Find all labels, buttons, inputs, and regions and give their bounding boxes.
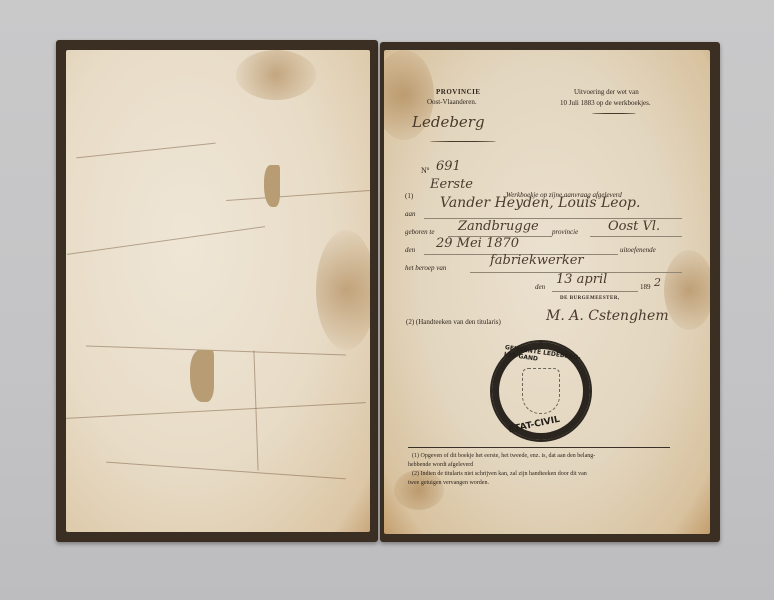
birthdate-handwritten: 29 Mei 1870 <box>436 236 519 251</box>
paper-crack <box>66 402 366 419</box>
paper-crack <box>76 143 215 159</box>
paper-crack <box>106 462 345 480</box>
holder-signature-label: (2) (Handteeken van den titularis) <box>406 318 501 326</box>
left-page <box>66 50 370 532</box>
born-label: geboren te <box>405 228 434 236</box>
paper-stain <box>664 250 710 330</box>
coat-of-arms-icon <box>522 368 560 414</box>
number-label: Nº <box>421 166 429 175</box>
municipality-handwritten: Ledeberg <box>412 113 485 131</box>
birthplace-handwritten: Zandbrugge <box>458 219 539 234</box>
ordinal-marker: (1) <box>405 192 413 200</box>
province-name: Oost-Vlaanderen. <box>427 98 477 106</box>
number-value: 691 <box>436 159 461 174</box>
profession-label: het beroep van <box>405 264 446 272</box>
province-field-label: provincie <box>552 228 578 236</box>
aan-label: aan <box>405 210 416 218</box>
footnote-1b: hebbende wordt afgeleverd <box>408 462 473 468</box>
issue-date-handwritten: 13 april <box>556 272 607 287</box>
paper-crack <box>86 345 346 355</box>
profession-handwritten: fabriekwerker <box>490 253 584 268</box>
line <box>552 291 638 292</box>
paper-crack <box>226 190 370 201</box>
issue-year-handwritten: 2 <box>654 276 661 289</box>
province-label: PROVINCIE <box>436 88 481 96</box>
footnote-2b: twee getuigen vervangen worden. <box>408 480 489 486</box>
footnote-divider <box>408 447 670 448</box>
law-line-1: Uitvoering der wet van <box>574 88 639 96</box>
line <box>590 236 682 237</box>
paper-crack <box>67 226 265 255</box>
paper-stain <box>236 50 316 100</box>
civil-registry-stamp: GEMEENTE LEDEBERG-LEZ-GAND ETAT-CIVIL <box>490 340 592 442</box>
practicing-label: uitoefenende <box>620 246 656 254</box>
footnote-1a: (1) Opgeven of dit boekje het eerste, he… <box>412 453 595 459</box>
law-line-2: 10 Juli 1883 op de werkboekjes. <box>560 99 651 107</box>
paper-crack <box>253 351 258 471</box>
flourish <box>430 141 496 142</box>
province-handwritten: Oost Vl. <box>608 219 660 234</box>
stamp-bottom-text: ETAT-CIVIL <box>508 415 561 436</box>
issue-year: 189 <box>640 283 651 291</box>
footnote-2a: (2) Indien de titularis niet schrijven k… <box>412 471 587 477</box>
paper-stain <box>316 230 370 350</box>
flourish <box>592 113 636 114</box>
den-label: den <box>405 246 415 254</box>
name-handwritten: Vander Heyden, Louis Leop. <box>440 195 640 211</box>
paper-tear <box>190 350 214 402</box>
ordinal-handwritten: Eerste <box>430 177 473 192</box>
paper-tear <box>264 165 280 207</box>
issue-den-label: den <box>535 283 545 291</box>
mayor-label: DE BURGEMEESTER, <box>560 296 620 301</box>
mayor-signature: M. A. Cstenghem <box>546 308 669 324</box>
